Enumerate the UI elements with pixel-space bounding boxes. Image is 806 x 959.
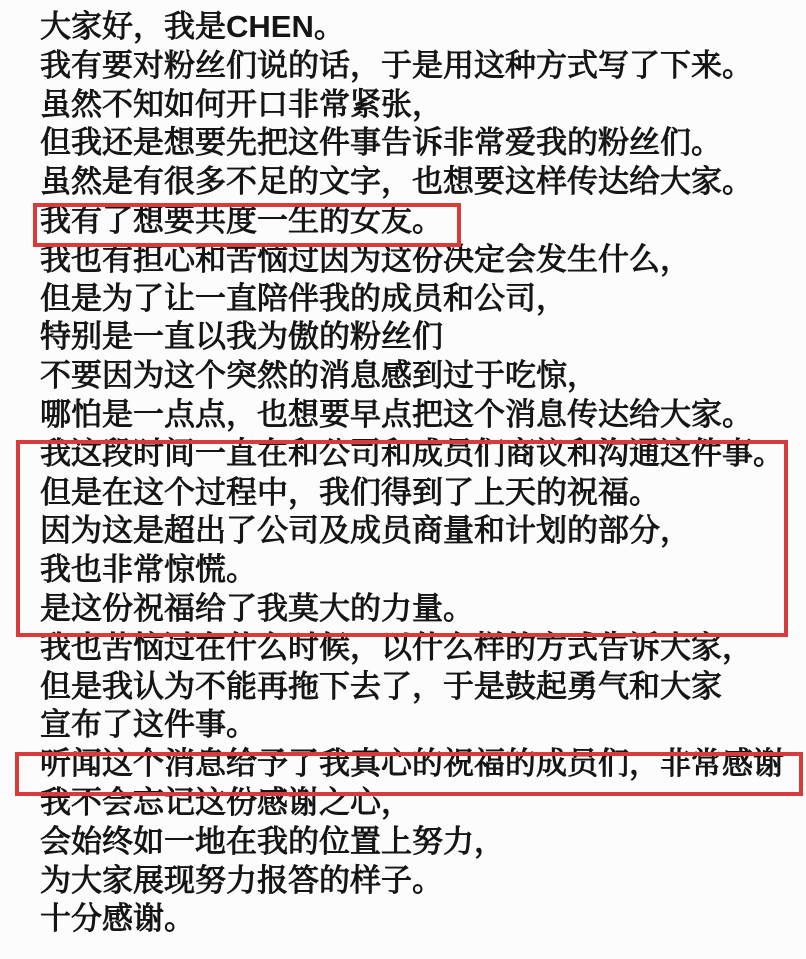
letter-line: 因为这是超出了公司及成员商量和计划的部分， (40, 512, 806, 551)
letter-line: 十分感谢。 (40, 900, 806, 939)
letter-line: 会始终如一地在我的位置上努力， (40, 823, 806, 862)
letter-page: 大家好，我是CHEN。我有要对粉丝们说的话，于是用这种方式写了下来。虽然不知如何… (0, 0, 806, 959)
letter-line: 我不会忘记这份感谢之心， (40, 784, 806, 823)
letter-line: 听闻这个消息给予了我真心的祝福的成员们，非常感谢 (40, 745, 806, 784)
letter-line: 但是为了让一直陪伴我的成员和公司， (40, 280, 806, 319)
letter-line: 我也苦恼过在什么时候，以什么样的方式告诉大家， (40, 629, 806, 668)
letter-line: 虽然不知如何开口非常紧张， (40, 86, 806, 125)
letter-line: 不要因为这个突然的消息感到过于吃惊， (40, 357, 806, 396)
letter-line: 我有要对粉丝们说的话，于是用这种方式写了下来。 (40, 47, 806, 86)
letter-text: 大家好，我是CHEN。我有要对粉丝们说的话，于是用这种方式写了下来。虽然不知如何… (40, 8, 806, 939)
letter-line: 我也有担心和苦恼过因为这份决定会发生什么， (40, 241, 806, 280)
letter-line: 但是我认为不能再拖下去了，于是鼓起勇气和大家 (40, 668, 806, 707)
letter-line: 但是在这个过程中，我们得到了上天的祝福。 (40, 474, 806, 513)
letter-line: 是这份祝福给了我莫大的力量。 (40, 590, 806, 629)
letter-line: 我有了想要共度一生的女友。 (40, 202, 806, 241)
letter-line: 为大家展现努力报答的样子。 (40, 862, 806, 901)
letter-line: 哪怕是一点点，也想要早点把这个消息传达给大家。 (40, 396, 806, 435)
letter-line: 我也非常惊慌。 (40, 551, 806, 590)
letter-line: 大家好，我是CHEN。 (40, 8, 806, 47)
letter-line: 虽然是有很多不足的文字，也想要这样传达给大家。 (40, 163, 806, 202)
letter-line: 宣布了这件事。 (40, 706, 806, 745)
letter-line: 我这段时间一直在和公司和成员们商议和沟通这件事。 (40, 435, 806, 474)
letter-line: 特别是一直以我为傲的粉丝们 (40, 318, 806, 357)
letter-line: 但我还是想要先把这件事告诉非常爱我的粉丝们。 (40, 124, 806, 163)
